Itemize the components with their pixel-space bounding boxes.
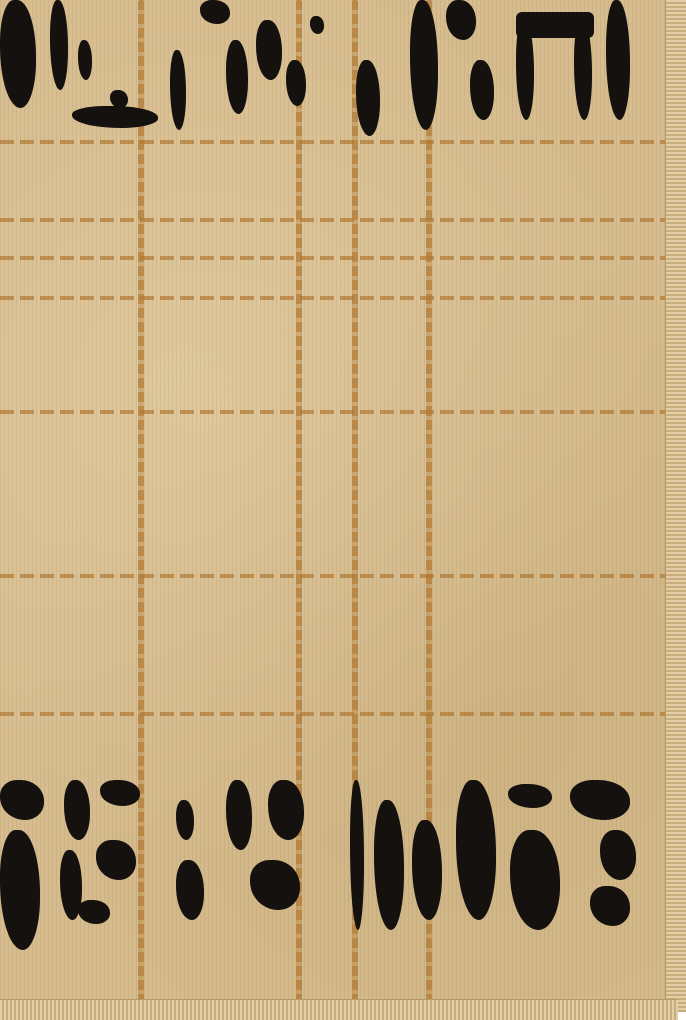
grid-line-horizontal [0, 574, 670, 578]
pattern-band-top [0, 0, 640, 140]
rug-surface [0, 0, 678, 1012]
rug-photo: Corner of a beige woven area rug with bl… [0, 0, 686, 1020]
rug-binding-edge-bottom [0, 999, 678, 1020]
grid-line-horizontal [0, 256, 670, 260]
grid-line-horizontal [0, 296, 670, 300]
grid-line-horizontal [0, 218, 670, 222]
rug-binding-edge-right [665, 0, 686, 1012]
pattern-band-bottom [0, 770, 640, 940]
grid-line-horizontal [0, 712, 670, 716]
grid-line-horizontal [0, 140, 670, 144]
grid-line-horizontal [0, 410, 670, 414]
